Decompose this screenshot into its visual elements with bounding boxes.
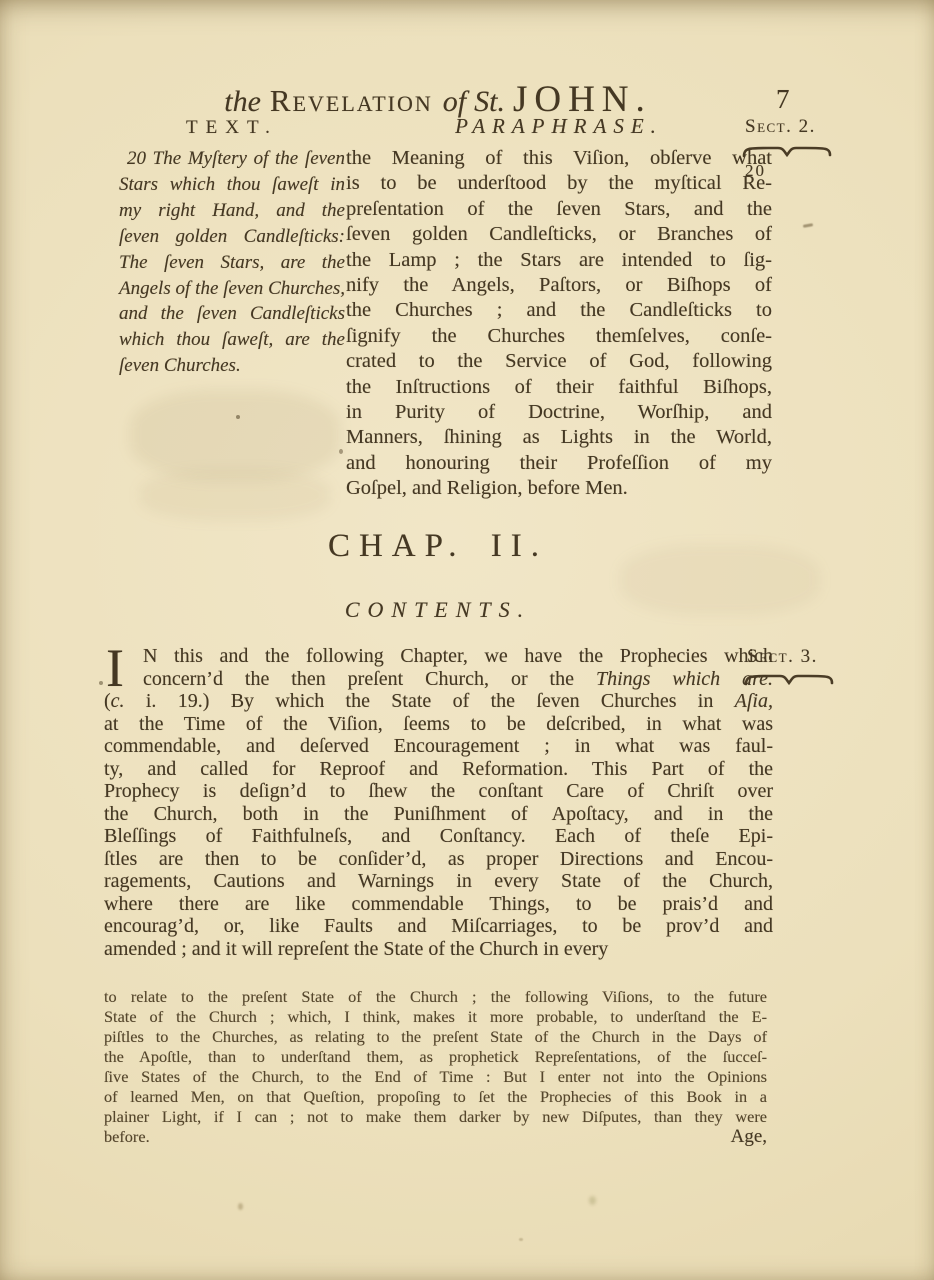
text-line: the Lamp ; the Stars are intended to ſig…	[346, 248, 772, 273]
ink-speck	[236, 415, 240, 419]
chapter-title: CHAP. II.	[104, 528, 772, 565]
ink-speck	[99, 681, 103, 685]
text-line: where there are like commendable Things,…	[104, 893, 773, 916]
text-line: preſentation of the ſeven Stars, and the	[346, 197, 772, 222]
book-page-scan: theRevelationofSt.JOHN. 7 TEXT. PARAPHRA…	[0, 0, 934, 1280]
text-line: ſive States of the Church, to the End of…	[104, 1067, 767, 1087]
ink-speck	[339, 449, 343, 454]
text-line: Stars which thou ſaweſt in	[119, 172, 345, 198]
text-line: 20 The Myſtery of the ſeven	[119, 146, 345, 172]
paper-stain	[238, 1203, 243, 1210]
running-head-revelation: Revelation	[270, 83, 433, 118]
italic-phrase: c.	[111, 690, 125, 712]
text-column-heading: TEXT.	[120, 117, 344, 139]
contents-paragraph: IN this and the following Chapter, we ha…	[104, 645, 773, 960]
text-line: Goſpel, and Religion, before Men.	[346, 476, 772, 501]
drop-cap: I	[106, 647, 134, 689]
margin-mark	[803, 223, 813, 228]
text-line: in Purity of Doctrine, Worſhip, and	[346, 400, 772, 425]
text-line: ſignify the Churches themſelves, conſe-	[346, 324, 772, 349]
text-line: and honouring their Profeſſion of my	[346, 451, 772, 476]
roman-phrase: concern’d the then preſent Church, or th…	[143, 668, 596, 690]
text-line: to relate to the preſent State of the Ch…	[104, 987, 767, 1007]
text-line: the Apoſtle, than to underſtand them, as…	[104, 1047, 767, 1067]
running-head-the: the	[224, 85, 261, 118]
text-line: amended ; and it will repreſent the Stat…	[104, 938, 773, 961]
text-line: Angels of the ſeven Churches,	[119, 276, 345, 302]
text-line: Prophecy is deſign’d to ſhew the conſtan…	[104, 780, 773, 803]
text-line: Bleſſings of Faithfulneſs, and Conſtancy…	[104, 825, 773, 848]
text-line: at the Time of the Viſion, ſeems to be d…	[104, 713, 773, 736]
scripture-text-column: 20 The Myſtery of the ſevenStars which t…	[119, 146, 345, 379]
text-line: concern’d the then preſent Church, or th…	[104, 668, 773, 691]
italic-phrase: Things which are.	[596, 668, 773, 690]
text-line: the Inſtructions of their faithful Biſho…	[346, 375, 772, 400]
paraphrase-column-heading: PARAPHRASE.	[346, 114, 772, 139]
page-number: 7	[776, 84, 790, 115]
text-line: ſtles are then to be conſider’d, as prop…	[104, 848, 773, 871]
text-line: piſtles to the Churches, as relating to …	[104, 1027, 767, 1047]
italic-phrase: Aſia,	[735, 690, 773, 712]
show-through-smudge	[140, 470, 330, 520]
text-line: crated to the Service of God, following	[346, 349, 772, 374]
paraphrase-column: the Meaning of this Viſion, obſerve what…	[346, 146, 772, 502]
text-line: (c. i. 19.) By which the State of the ſe…	[104, 690, 773, 713]
text-line: the Church, both in the Puniſhment of Ap…	[104, 803, 773, 826]
roman-phrase: (	[104, 690, 111, 712]
text-line: ſeven Churches.	[119, 353, 345, 379]
text-line: is to be underſtood by the myſtical Re-	[346, 171, 772, 196]
text-line: nify the Angels, Paſtors, or Biſhops of	[346, 273, 772, 298]
paper-stain	[589, 1196, 596, 1205]
text-line: plainer Light, if I can ; not to make th…	[104, 1107, 767, 1127]
footnote-block: to relate to the preſent State of the Ch…	[104, 987, 767, 1147]
text-line: which thou ſaweſt, are the	[119, 327, 345, 353]
text-line: IN this and the following Chapter, we ha…	[104, 645, 773, 668]
text-line: The ſeven Stars, are the	[119, 250, 345, 276]
text-line: ty, and called for Reproof and Reformati…	[104, 758, 773, 781]
text-line: the Churches ; and the Candleſticks to	[346, 298, 772, 323]
text-line: ragements, Cautions and Warnings in ever…	[104, 870, 773, 893]
text-line: and the ſeven Candleſticks	[119, 301, 345, 327]
text-line: the Meaning of this Viſion, obſerve what	[346, 146, 772, 171]
text-line: of learned Men, on that Queſtion, propoſ…	[104, 1087, 767, 1107]
roman-phrase: i. 19.) By which the State of the ſeven …	[125, 690, 735, 712]
show-through-smudge	[130, 390, 340, 480]
text-line: encourag’d, or, like Faults and Miſcarri…	[104, 915, 773, 938]
text-line: my right Hand, and the	[119, 198, 345, 224]
paper-stain	[519, 1238, 523, 1241]
text-line: ſeven golden Candleſticks:	[119, 224, 345, 250]
text-line: State of the Church ; which, I think, ma…	[104, 1007, 767, 1027]
text-line: ſeven golden Candleſticks, or Branches o…	[346, 222, 772, 247]
text-line: Manners, ſhining as Lights in the World,	[346, 425, 772, 450]
text-line: commendable, and deſerved Encouragement …	[104, 735, 773, 758]
catchword: Age,	[104, 1126, 793, 1148]
margin-note-sect-2: Sect. 2.	[745, 116, 816, 138]
contents-heading: CONTENTS.	[104, 597, 772, 623]
